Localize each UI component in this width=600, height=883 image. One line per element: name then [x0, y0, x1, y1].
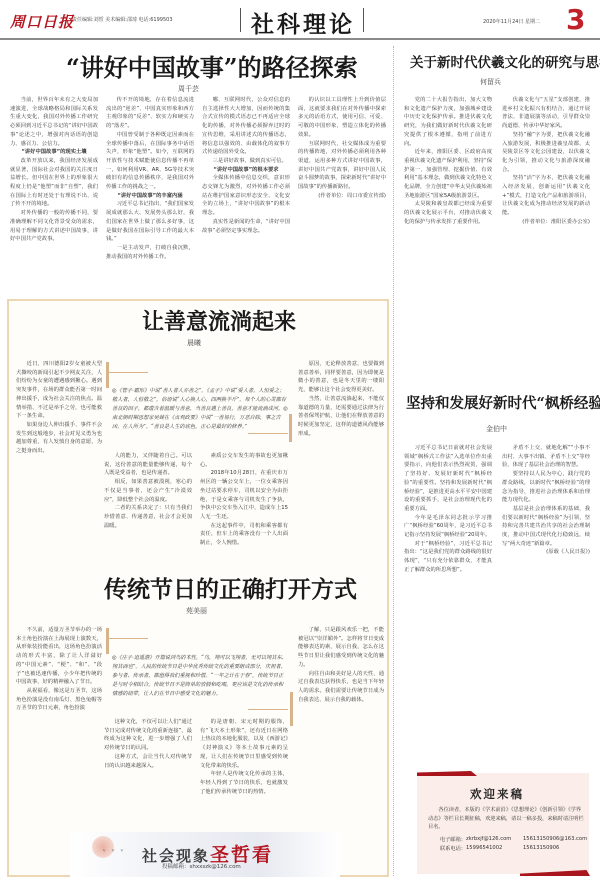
- decorative-rule: [108, 638, 148, 639]
- article-column: 近日，四川德阳2岁女童被大型犬撕咬的新闻引起不少网友关注，人们纷纷为女童的遭遇感…: [16, 360, 102, 558]
- newspaper-logo: 周口日报: [10, 11, 74, 32]
- article-title-kindness[interactable]: 让善意流淌起来: [142, 305, 296, 336]
- divider: [363, 8, 364, 32]
- decorative-rule: [248, 709, 288, 710]
- call-for-papers-title: 欢迎来稿: [470, 786, 524, 802]
- phone-number: 15996541002: [466, 845, 502, 851]
- article-column: 当前，世界百年未有之大变局加速演进，全球战略格局和国际关系发生重大变化，我国对外…: [10, 96, 98, 272]
- article-column: 伏羲文化与“五星”支部创建，推进乡村文化振兴有机结合，通过开展普法、非遗展演等活…: [502, 96, 590, 374]
- article-author-story: 周千芸: [178, 84, 199, 94]
- pull-quote: ◎《庄子·逍遥游》开篇说到鸟的本性，“鸟，翔可以飞翔者，无可以翔其东、翔其西也”…: [112, 654, 288, 716]
- article-column: 的认识以工具理性上升到价值层面，这就要求我们在对外传播中探索多元的话语方式，使用…: [298, 96, 386, 278]
- decorative-rule: [289, 414, 292, 442]
- editors-line: 责任编辑:刘皙 美术编辑:邵琦 电话:6199503: [72, 16, 173, 23]
- article-column: 这种文化，不仅可以让人们“通过节日完成对传统文化的重新连接”，最终成为这种文化，…: [104, 718, 192, 822]
- masthead: 周口日报 责任编辑:刘皙 美术编辑:邵琦 电话:6199503 社科理论 202…: [0, 0, 600, 40]
- article-column: 不久前，适量万圣节举办的一场本土角色扮演在上海展现上演数天，从形象装扮能看出，这…: [16, 626, 102, 822]
- article-author-fengqiao: 金伯中: [486, 424, 507, 434]
- page-number: 3: [566, 3, 585, 36]
- decorative-rule: [106, 362, 109, 388]
- call-for-papers-body: 各位读者，本版的《学术前沿》《思想理论》《创新引领》《学界动态》等栏目长期征稿，…: [428, 806, 584, 832]
- article-column: 的是唐朝、宋元时期的服饰，有“飞天本土形象”，还有近日在网络上热议的本地化服装，…: [200, 718, 288, 822]
- article-title-fuxi[interactable]: 关于新时代伏羲文化的研究与思考: [410, 51, 600, 71]
- phone-label: 联系电话：: [440, 845, 466, 852]
- article-column: 习近平总书记日前就对社会发展领域“枫桥式工作法”入选单位作出重要指示，向他们表示…: [404, 444, 492, 760]
- ribbon-decoration: [417, 771, 477, 776]
- issue-date: 2020年11月24日 星期二: [483, 18, 540, 25]
- phone-number: 15613150906: [523, 845, 559, 851]
- article-column: 传不开的境地，存在着信息流进流出的“逆差”、中国真实形象和西方主观印象的“反差”…: [106, 96, 194, 272]
- email-link[interactable]: 15613150906@163.com: [523, 836, 587, 842]
- decorative-rule: [106, 628, 109, 654]
- email-label: 电子邮箱：: [440, 836, 466, 843]
- article-column: 矛盾不上交、就地化解”“小事不出村、大事不出镇、矛盾不上交”等经验，体现了基层社…: [502, 444, 590, 760]
- article-author-kindness: 晨曦: [187, 338, 201, 348]
- decorative-rule: [248, 433, 288, 434]
- article-title-fengqiao[interactable]: 坚持和发展好新时代“枫桥经验”: [406, 392, 600, 413]
- decorative-rule: [108, 372, 148, 373]
- section-title: 社科理论: [251, 6, 355, 39]
- article-author-festival: 苑美丽: [186, 606, 207, 616]
- article-column: 党的二十大报告指出，加大文物和文化遗产保护力度，加强城乡建设中历史文化保护传承。…: [404, 96, 492, 366]
- article-column: 原因，无论释放善意，也要做到善意善举，同样要善意，因为即便是微小的善意，也是冬天…: [298, 360, 384, 558]
- divider: [240, 8, 241, 32]
- pull-quote: ◎《管子·霸形》中说“善人者人亦善之”，《孟子》中说“爱人者，人恒爱之；敬人者，…: [112, 387, 288, 447]
- decorative-rule: [290, 692, 293, 726]
- column-divider: [393, 46, 394, 876]
- article-column: 了解，只是跟风欢乐一把，不能被冠以“崇洋媚外”。怎样将节日变成能够表达的素，展示…: [298, 626, 384, 822]
- article-column: 哪、互联网时代，公众对信息的自主选择性大大增加，因而传统的集合式宣传的模式语态已…: [202, 96, 290, 272]
- banner-email[interactable]: 投稿邮箱：shxxszk@126.com: [162, 862, 241, 870]
- article-title-festival[interactable]: 传统节日的正确打开方式: [104, 571, 357, 604]
- article-column: 素质公交车发生的事故也更加揪心。2018年10月28日，在重庆市万州区的一辆公交…: [200, 452, 288, 556]
- birds-decoration: ᵛ ᵛ ᵛ: [103, 848, 125, 856]
- article-author-fuxi: 何留兵: [480, 77, 501, 87]
- email-link[interactable]: zkrbxjf@126.com: [466, 836, 511, 842]
- article-column: 人的能力，又伴随着自己。可以说，这份善意的能量能够传递，每个人既是受益者，也是传…: [104, 452, 192, 556]
- article-title-story[interactable]: “讲好中国故事”的路径探索: [66, 48, 358, 83]
